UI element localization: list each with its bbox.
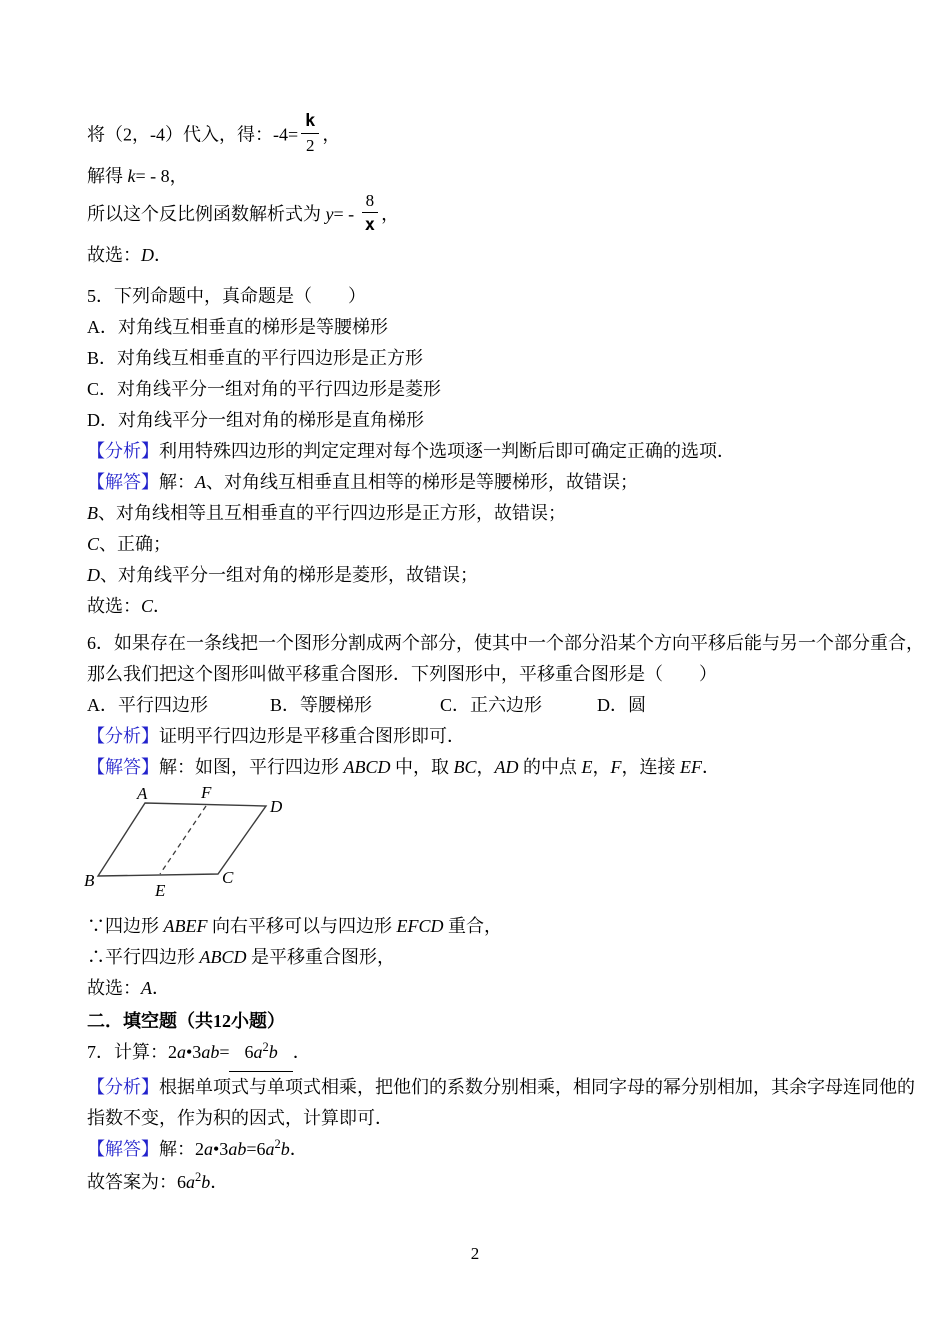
q7-title-period: ．: [293, 1042, 311, 1062]
page-content: 将（2，-4）代入，得：-4=k2， 解得 k= - 8， 所以这个反比例函数解…: [87, 112, 893, 1200]
analysis-label: 【分析】: [87, 441, 159, 461]
q4-choice-line: 故选：D．: [87, 240, 893, 271]
q5-answer-a-text: 解：A、对角线互相垂直且相等的梯形是等腰梯形，故错误；: [159, 472, 638, 492]
q7-answer-line: 【解答】解：2a•3ab=6a2b．: [87, 1134, 893, 1167]
fraction-numerator: 8: [362, 189, 379, 213]
answer-label: 【解答】: [87, 472, 159, 492]
q7-title-line: 7．计算：2a•3ab=6a2b．: [87, 1037, 893, 1072]
q6-analysis-line: 【分析】证明平行四边形是平移重合图形即可．: [87, 721, 893, 752]
parallelogram-outline: [98, 803, 266, 876]
q7-title-text: 7．计算：2a•3ab=: [87, 1042, 229, 1062]
fraction-k-over-2: k2: [301, 109, 319, 158]
q6-answer-intro-line: 【解答】解：如图，平行四边形 ABCD 中，取 BC，AD 的中点 E，F，连接…: [87, 752, 893, 783]
q6-therefore-line: ∴平行四边形 ABCD 是平移重合图形，: [87, 942, 893, 973]
q5-option-d: D．对角线平分一组对角的梯形是直角梯形: [87, 405, 893, 436]
q7-analysis-line2: 指数不变，作为积的因式，计算即可．: [87, 1103, 893, 1134]
q6-because-line: ∵四边形 ABEF 向右平移可以与四边形 EFCD 重合，: [87, 911, 893, 942]
q4-solve-line: 解得 k= - 8，: [87, 161, 893, 192]
q5-answer-line-c: C、正确；: [87, 529, 893, 560]
q6-analysis-text: 证明平行四边形是平移重合图形即可．: [159, 726, 465, 746]
q7-analysis-line1: 【分析】根据单项式与单项式相乘，把他们的系数分别相乘，相同字母的幂分别相加，其余…: [87, 1072, 893, 1103]
q6-option-d: D．圆: [597, 690, 646, 721]
q6-stem-line2: 那么我们把这个图形叫做平移重合图形．下列图形中，平移重合图形是（ ）: [87, 659, 893, 690]
answer-label: 【解答】: [87, 757, 159, 777]
q4-subst-comma: ，: [322, 125, 340, 145]
vertex-label-e: E: [154, 881, 166, 900]
q6-option-b: B．等腰梯形: [270, 690, 440, 721]
page-number: 2: [0, 1243, 950, 1265]
q5-option-a: A．对角线互相垂直的梯形是等腰梯形: [87, 312, 893, 343]
fraction-denominator: 2: [301, 134, 319, 158]
q5-choice-line: 故选：C．: [87, 591, 893, 622]
q5-answer-line-b: B、对角线相等且互相垂直的平行四边形是正方形，故错误；: [87, 498, 893, 529]
q4-conclusion-line: 所以这个反比例函数解析式为 y= - 8x，: [87, 192, 893, 240]
q6-stem-line1: 6．如果存在一条线把一个图形分割成两个部分，使其中一个部分沿某个方向平移后能与另…: [87, 628, 893, 659]
q5-analysis-text: 利用特殊四边形的判定定理对每个选项逐一判断后即可确定正确的选项．: [159, 441, 735, 461]
q4-conclusion-comma: ，: [381, 204, 399, 224]
vertex-label-a: A: [136, 785, 148, 803]
answer-label: 【解答】: [87, 1139, 159, 1159]
q6-option-c: C．正六边形: [440, 690, 597, 721]
section2-header: 二．填空题（共12小题）: [87, 1006, 893, 1037]
q5-analysis-line: 【分析】利用特殊四边形的判定定理对每个选项逐一判断后即可确定正确的选项．: [87, 436, 893, 467]
q5-answer-line-a: 【解答】解：A、对角线互相垂直且相等的梯形是等腰梯形，故错误；: [87, 467, 893, 498]
q6-answer-intro-text: 解：如图，平行四边形 ABCD 中，取 BC，AD 的中点 E，F，连接 EF．: [159, 757, 720, 777]
q7-final-line: 故答案为：6a2b．: [87, 1167, 893, 1200]
analysis-label: 【分析】: [87, 726, 159, 746]
q4-subst-text: 将（2，-4）代入，得：-4=: [87, 125, 298, 145]
fraction-8-over-x: 8x: [362, 189, 379, 237]
q5-title: 5．下列命题中，真命题是（ ）: [87, 281, 893, 312]
dashed-segment-ef: [160, 806, 206, 874]
vertex-label-c: C: [222, 868, 234, 887]
q4-substitution-line: 将（2，-4）代入，得：-4=k2，: [87, 112, 893, 161]
q7-answer-text: 解：2a•3ab=6a2b．: [159, 1139, 308, 1159]
analysis-label: 【分析】: [87, 1077, 159, 1097]
vertex-label-f: F: [200, 785, 212, 802]
q5-option-c: C．对角线平分一组对角的平行四边形是菱形: [87, 374, 893, 405]
q7-answer-blank: 6a2b: [229, 1037, 292, 1072]
parallelogram-figure: A F D B E C: [77, 785, 327, 903]
document-page: 将（2，-4）代入，得：-4=k2， 解得 k= - 8， 所以这个反比例函数解…: [0, 0, 950, 1344]
q6-option-a: A．平行四边形: [87, 690, 270, 721]
fraction-denominator: x: [362, 213, 379, 237]
q4-conclusion-text: 所以这个反比例函数解析式为 y= -: [87, 204, 359, 224]
q6-options-row: A．平行四边形B．等腰梯形C．正六边形D．圆: [87, 690, 893, 721]
q6-choice-line: 故选：A．: [87, 973, 893, 1004]
q5-option-b: B．对角线互相垂直的平行四边形是正方形: [87, 343, 893, 374]
vertex-label-d: D: [269, 797, 283, 816]
q6-figure-container: A F D B E C: [77, 785, 893, 903]
q5-answer-line-d: D、对角线平分一组对角的梯形是菱形，故错误；: [87, 560, 893, 591]
q7-analysis-text1: 根据单项式与单项式相乘，把他们的系数分别相乘，相同字母的幂分别相加，其余字母连同…: [159, 1077, 915, 1097]
fraction-numerator: k: [301, 109, 319, 134]
vertex-label-b: B: [84, 871, 95, 890]
